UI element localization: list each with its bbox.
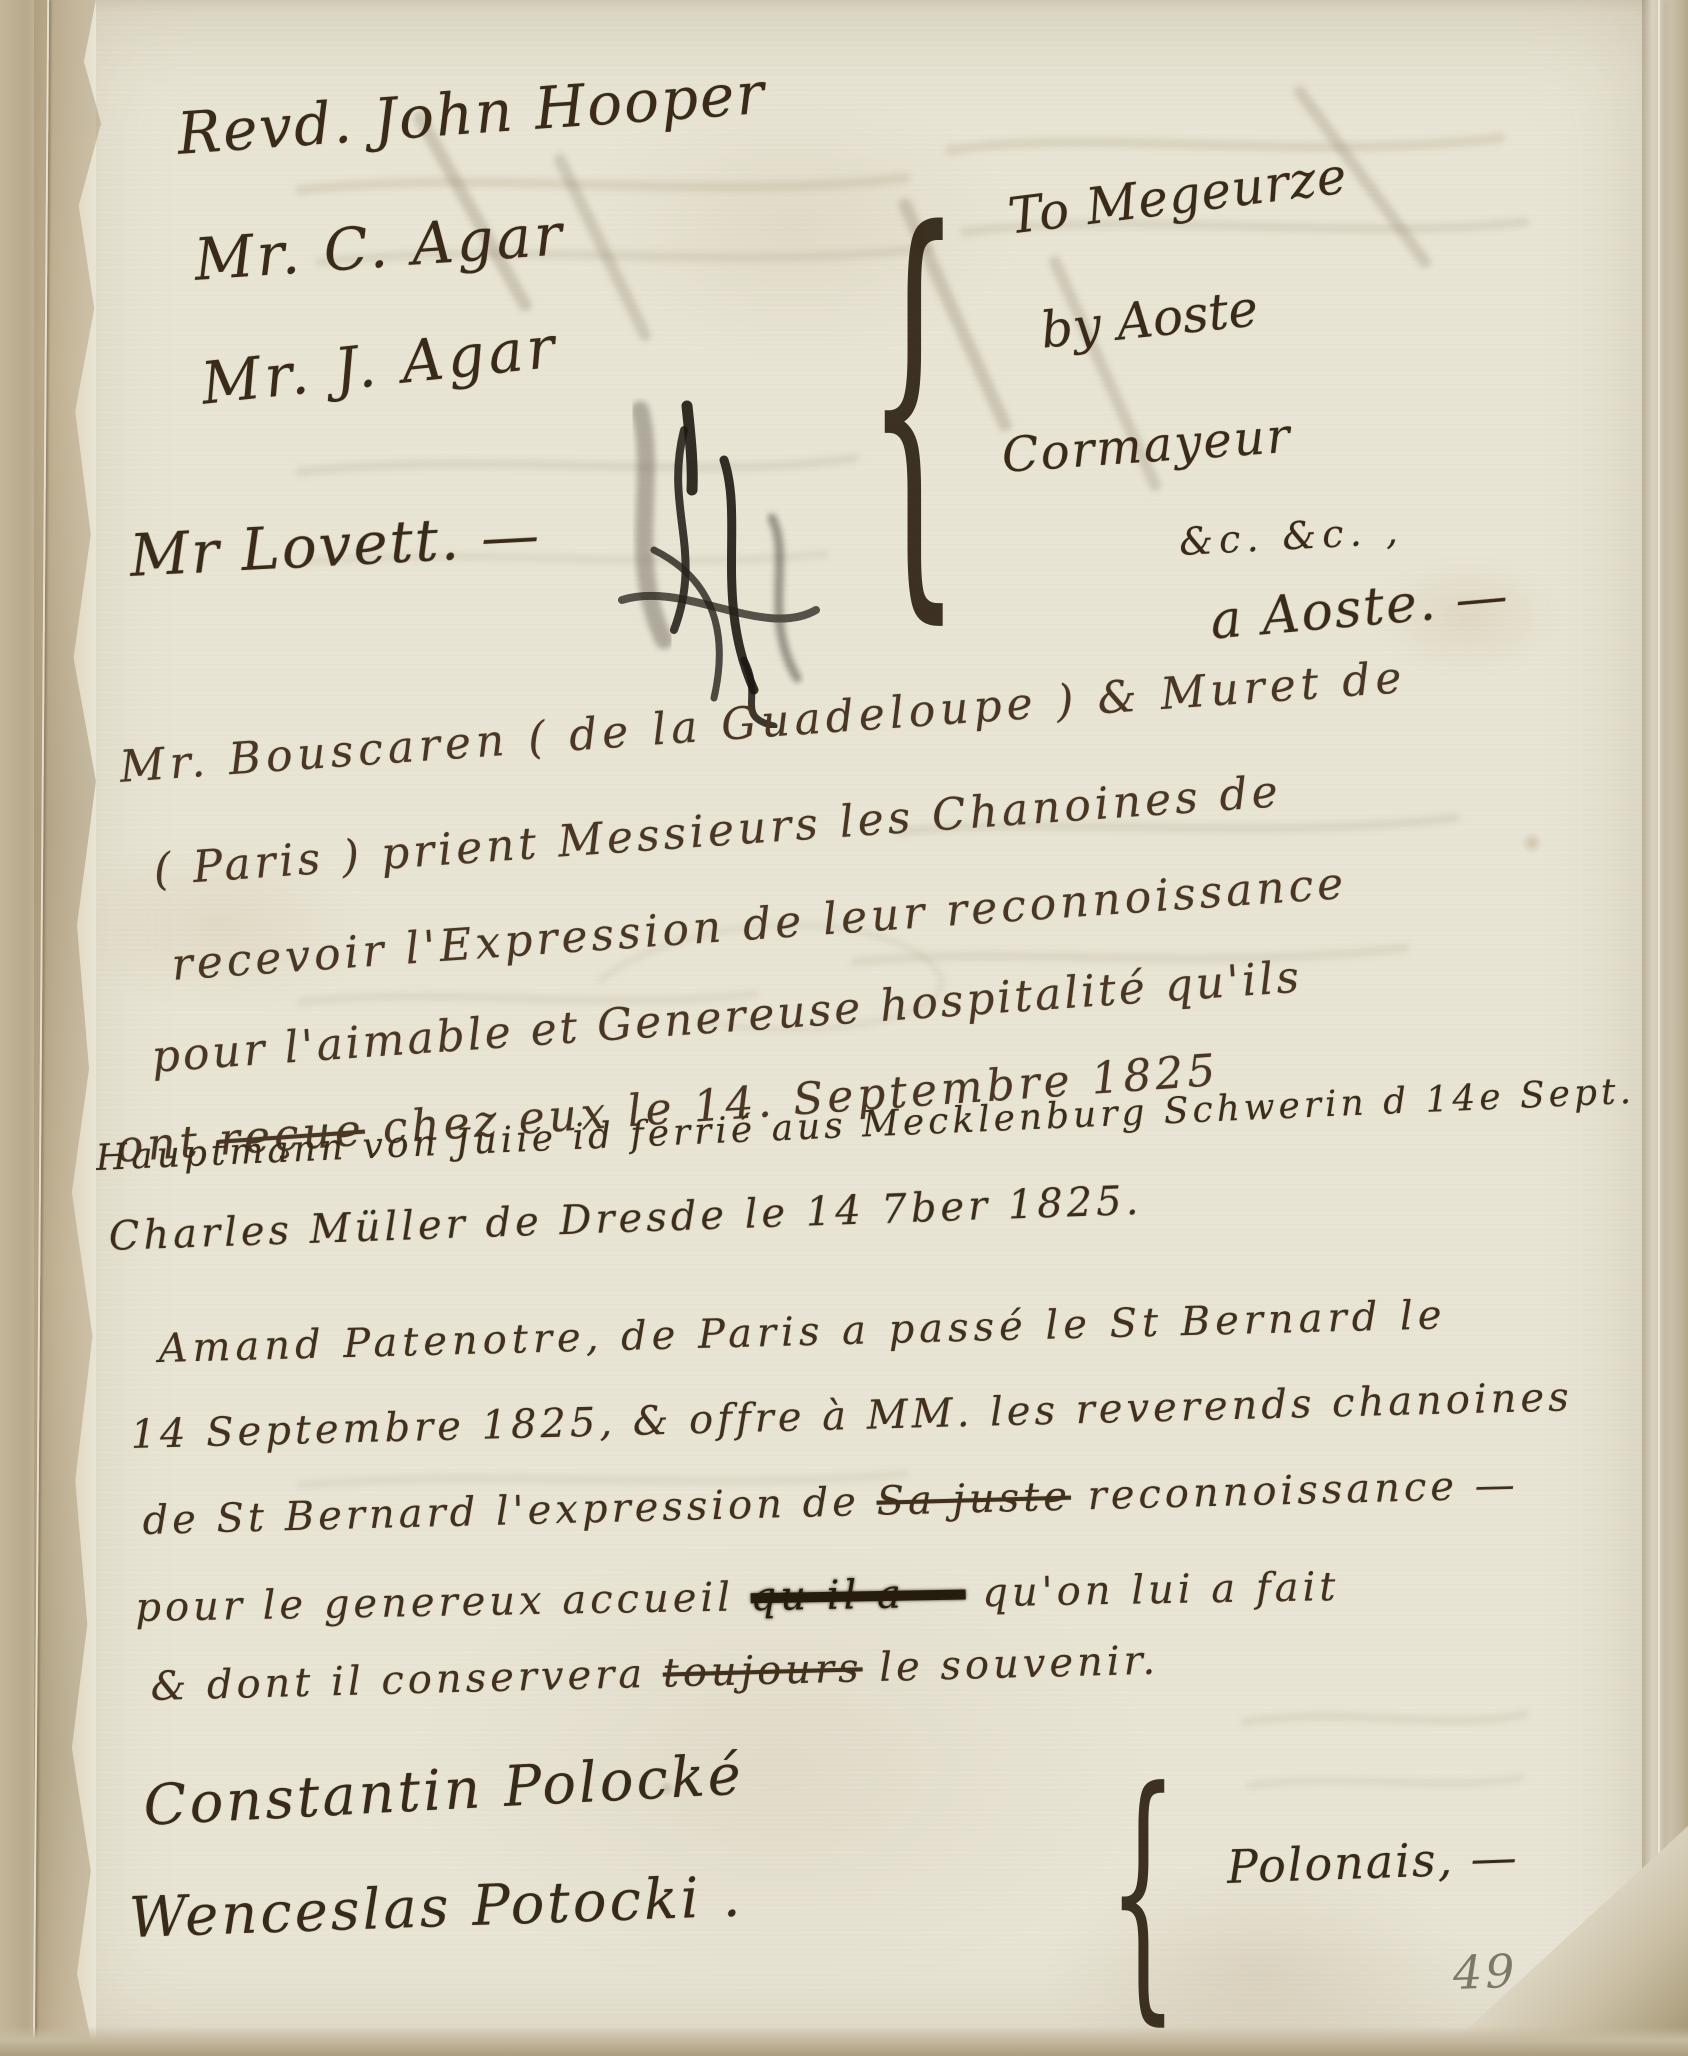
text-segment: qu'on lui a fait xyxy=(965,1564,1340,1617)
text-segment: le souvenir. xyxy=(862,1638,1160,1692)
underlying-pages-edge xyxy=(0,2026,1688,2056)
struck-text: toujours xyxy=(662,1645,863,1696)
struck-text: Sa juste xyxy=(876,1474,1072,1525)
next-page-edge xyxy=(1642,0,1688,2056)
grouping-brace-bottom: { xyxy=(1108,1756,1178,2026)
grouping-brace-top: { xyxy=(866,182,961,625)
blotted-struck-text: qu il a — xyxy=(750,1571,966,1621)
nationality-note: Polonais, — xyxy=(1226,1830,1520,1894)
guestbook-page-photo: Revd. John Hooper Mr. C. Agar Mr. J. Aga… xyxy=(0,0,1688,2056)
